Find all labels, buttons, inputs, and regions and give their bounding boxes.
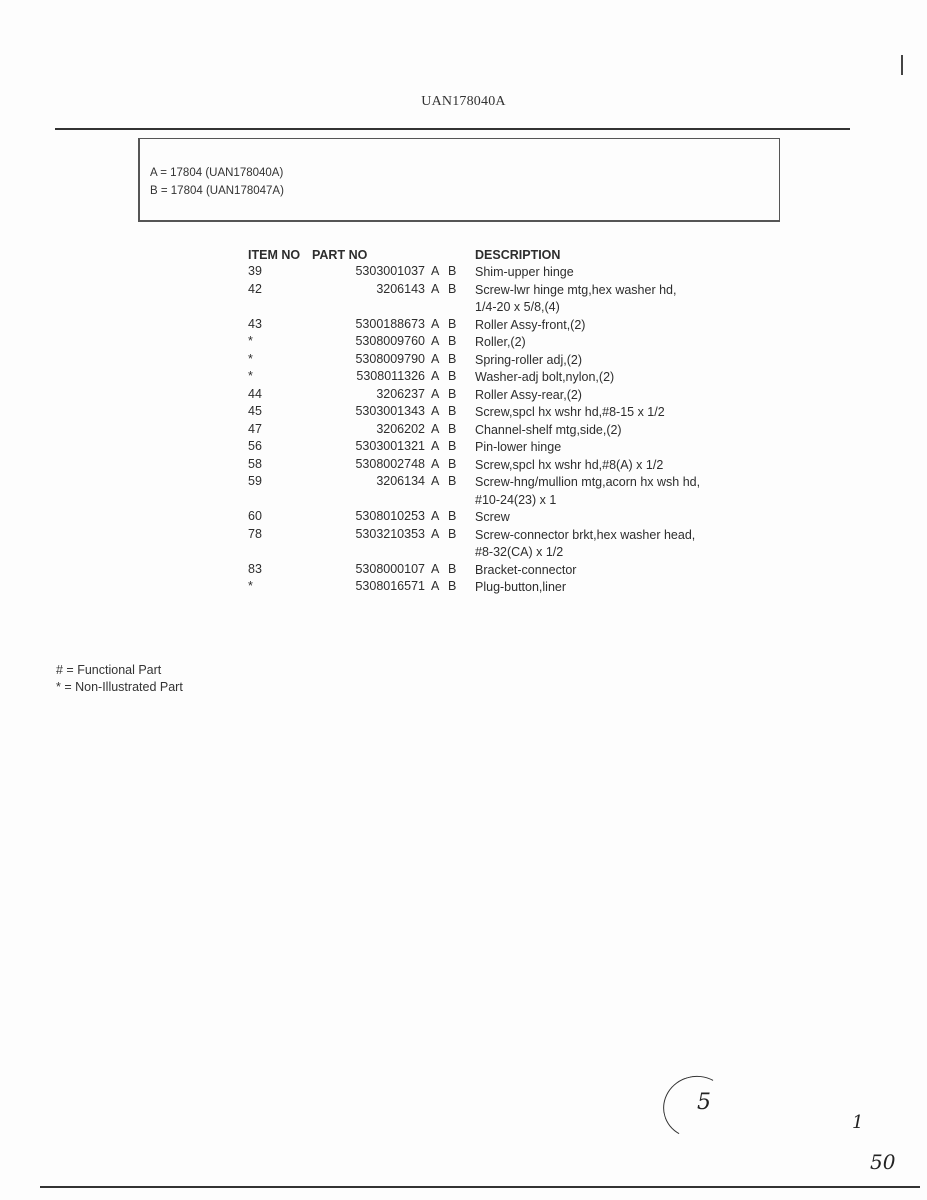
header-part-no: PART NO — [312, 248, 367, 262]
item-no: 45 — [248, 404, 262, 418]
model-a-flag: A — [431, 457, 439, 471]
model-b-flag: B — [448, 334, 456, 348]
model-a-flag: A — [431, 264, 439, 278]
model-b-flag: B — [448, 282, 456, 296]
model-b-flag: B — [448, 387, 456, 401]
item-no: 83 — [248, 562, 262, 576]
part-no: 5303001321 — [293, 439, 425, 453]
model-a-flag: A — [431, 509, 439, 523]
description-line: Screw-hng/mullion mtg,acorn hx wsh hd, — [475, 474, 700, 492]
model-b-flag: B — [448, 474, 456, 488]
model-b-flag: B — [448, 527, 456, 541]
top-divider — [55, 128, 850, 130]
model-a-flag: A — [431, 317, 439, 331]
handwritten-page-number: 50 — [870, 1150, 895, 1174]
description-line: Screw-lwr hinge mtg,hex washer hd, — [475, 282, 676, 300]
description-line: Screw,spcl hx wshr hd,#8-15 x 1/2 — [475, 404, 665, 422]
item-no: 47 — [248, 422, 262, 436]
item-no: * — [248, 334, 253, 348]
model-a-flag: A — [431, 334, 439, 348]
part-no: 3206202 — [293, 422, 425, 436]
model-a-flag: A — [431, 369, 439, 383]
part-no: 3206143 — [293, 282, 425, 296]
description-line: Shim-upper hinge — [475, 264, 574, 282]
header-description: DESCRIPTION — [475, 248, 560, 262]
footnotes: # = Functional Part * = Non-Illustrated … — [56, 662, 183, 696]
model-a-flag: A — [431, 387, 439, 401]
model-b-flag: B — [448, 579, 456, 593]
scan-edge-mark — [901, 55, 903, 75]
model-a-flag: A — [431, 352, 439, 366]
description: Screw — [475, 509, 510, 527]
footnote-functional: # = Functional Part — [56, 662, 183, 679]
description-line: #10-24(23) x 1 — [475, 492, 700, 510]
item-no: * — [248, 369, 253, 383]
model-b-flag: B — [448, 509, 456, 523]
model-b-flag: B — [448, 457, 456, 471]
item-no: 43 — [248, 317, 262, 331]
description-line: Pin-lower hinge — [475, 439, 561, 457]
description: Screw,spcl hx wshr hd,#8(A) x 1/2 — [475, 457, 663, 475]
item-no: 39 — [248, 264, 262, 278]
model-a-flag: A — [431, 562, 439, 576]
model-a-flag: A — [431, 282, 439, 296]
description-line: Channel-shelf mtg,side,(2) — [475, 422, 622, 440]
item-no: 78 — [248, 527, 262, 541]
model-legend-box: A = 17804 (UAN178040A) B = 17804 (UAN178… — [138, 138, 780, 222]
model-a-flag: A — [431, 527, 439, 541]
description: Plug-button,liner — [475, 579, 566, 597]
description-line: Plug-button,liner — [475, 579, 566, 597]
description: Roller Assy-rear,(2) — [475, 387, 582, 405]
description: Screw-hng/mullion mtg,acorn hx wsh hd,#1… — [475, 474, 700, 509]
model-a-flag: A — [431, 404, 439, 418]
bottom-divider — [40, 1186, 920, 1188]
model-b-flag: B — [448, 422, 456, 436]
description-line: Screw — [475, 509, 510, 527]
header-item-no: ITEM NO — [248, 248, 300, 262]
part-no: 5308009760 — [293, 334, 425, 348]
description: Screw,spcl hx wshr hd,#8-15 x 1/2 — [475, 404, 665, 422]
handwritten-mark: 1 — [852, 1112, 863, 1133]
handwritten-circle — [656, 1069, 736, 1146]
description-line: #8-32(CA) x 1/2 — [475, 544, 695, 562]
model-a-flag: A — [431, 422, 439, 436]
description-line: Roller Assy-front,(2) — [475, 317, 585, 335]
model-b-flag: B — [448, 352, 456, 366]
description-line: Spring-roller adj,(2) — [475, 352, 582, 370]
model-b-flag: B — [448, 369, 456, 383]
description: Screw-lwr hinge mtg,hex washer hd,1/4-20… — [475, 282, 676, 317]
description: Roller,(2) — [475, 334, 526, 352]
description: Shim-upper hinge — [475, 264, 574, 282]
item-no: * — [248, 352, 253, 366]
description-line: 1/4-20 x 5/8,(4) — [475, 299, 676, 317]
part-no: 5303210353 — [293, 527, 425, 541]
model-b-flag: B — [448, 562, 456, 576]
model-b-flag: B — [448, 317, 456, 331]
description-line: Screw,spcl hx wshr hd,#8(A) x 1/2 — [475, 457, 663, 475]
model-b-flag: B — [448, 439, 456, 453]
item-no: 42 — [248, 282, 262, 296]
part-no: 5308000107 — [293, 562, 425, 576]
item-no: 60 — [248, 509, 262, 523]
part-no: 3206134 — [293, 474, 425, 488]
description-line: Roller,(2) — [475, 334, 526, 352]
description: Spring-roller adj,(2) — [475, 352, 582, 370]
description: Roller Assy-front,(2) — [475, 317, 585, 335]
handwritten-circled-number: 5 — [697, 1090, 711, 1115]
part-no: 5303001037 — [293, 264, 425, 278]
description: Channel-shelf mtg,side,(2) — [475, 422, 622, 440]
model-a-flag: A — [431, 439, 439, 453]
model-a-flag: A — [431, 474, 439, 488]
description: Pin-lower hinge — [475, 439, 561, 457]
legend-line-b: B = 17804 (UAN178047A) — [150, 185, 284, 197]
item-no: 56 — [248, 439, 262, 453]
description: Bracket-connector — [475, 562, 576, 580]
part-no: 5308011326 — [293, 369, 425, 383]
legend-line-a: A = 17804 (UAN178040A) — [150, 167, 283, 179]
part-no: 3206237 — [293, 387, 425, 401]
part-no: 5308010253 — [293, 509, 425, 523]
part-no: 5308002748 — [293, 457, 425, 471]
description-line: Bracket-connector — [475, 562, 576, 580]
part-no: 5308009790 — [293, 352, 425, 366]
description-line: Screw-connector brkt,hex washer head, — [475, 527, 695, 545]
footnote-non-illustrated: * = Non-Illustrated Part — [56, 679, 183, 696]
item-no: 59 — [248, 474, 262, 488]
model-a-flag: A — [431, 579, 439, 593]
model-number-title: UAN178040A — [0, 94, 927, 110]
part-no: 5300188673 — [293, 317, 425, 331]
description: Screw-connector brkt,hex washer head,#8-… — [475, 527, 695, 562]
description-line: Roller Assy-rear,(2) — [475, 387, 582, 405]
part-no: 5308016571 — [293, 579, 425, 593]
model-b-flag: B — [448, 404, 456, 418]
part-no: 5303001343 — [293, 404, 425, 418]
item-no: 58 — [248, 457, 262, 471]
description-line: Washer-adj bolt,nylon,(2) — [475, 369, 614, 387]
model-b-flag: B — [448, 264, 456, 278]
item-no: 44 — [248, 387, 262, 401]
item-no: * — [248, 579, 253, 593]
description: Washer-adj bolt,nylon,(2) — [475, 369, 614, 387]
